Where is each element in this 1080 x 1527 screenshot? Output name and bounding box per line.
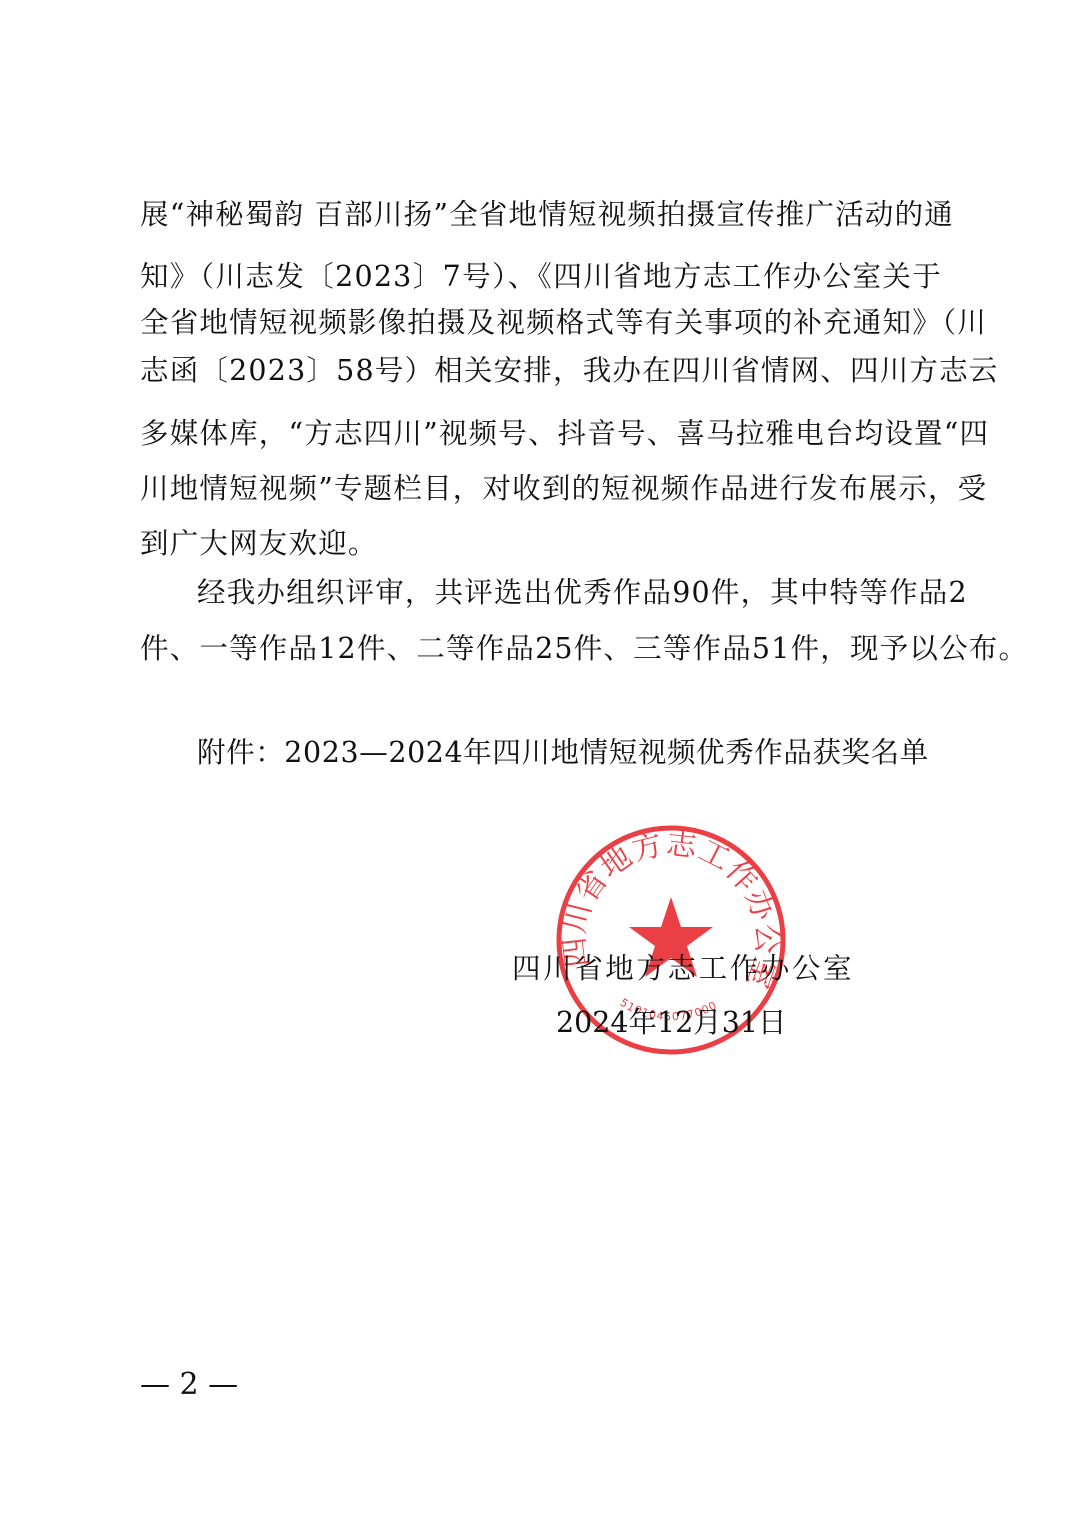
signature-date: 2024年12月31日 <box>556 992 787 1054</box>
body-line: 展“神秘蜀韵 百部川扬”全省地情短视频拍摄宣传推广活动的通 <box>140 184 942 246</box>
results-line: 件、一等作品12件、二等作品25件、三等作品51件，现予以公布。 <box>140 618 942 680</box>
results-line: 经我办组织评审，共评选出优秀作品90件，其中特等作品2 <box>197 562 942 624</box>
body-line: 多媒体库，“方志四川”视频号、抖音号、喜马拉雅电台均设置“四 <box>140 403 942 465</box>
attachment-note: 附件：2023—2024年四川地情短视频优秀作品获奖名单 <box>197 722 929 784</box>
signature-organization: 四川省地方志工作办公室 <box>512 938 854 1000</box>
body-line: 川地情短视频”专题栏目，对收到的短视频作品进行发布展示，受 <box>140 458 942 520</box>
page-number: — 2 — <box>140 1365 238 1405</box>
document-page: 展“神秘蜀韵 百部川扬”全省地情短视频拍摄宣传推广活动的通 知》（川志发〔202… <box>0 0 1080 1527</box>
body-line: 志函〔2023〕58号）相关安排，我办在四川省情网、四川方志云 <box>140 340 942 402</box>
